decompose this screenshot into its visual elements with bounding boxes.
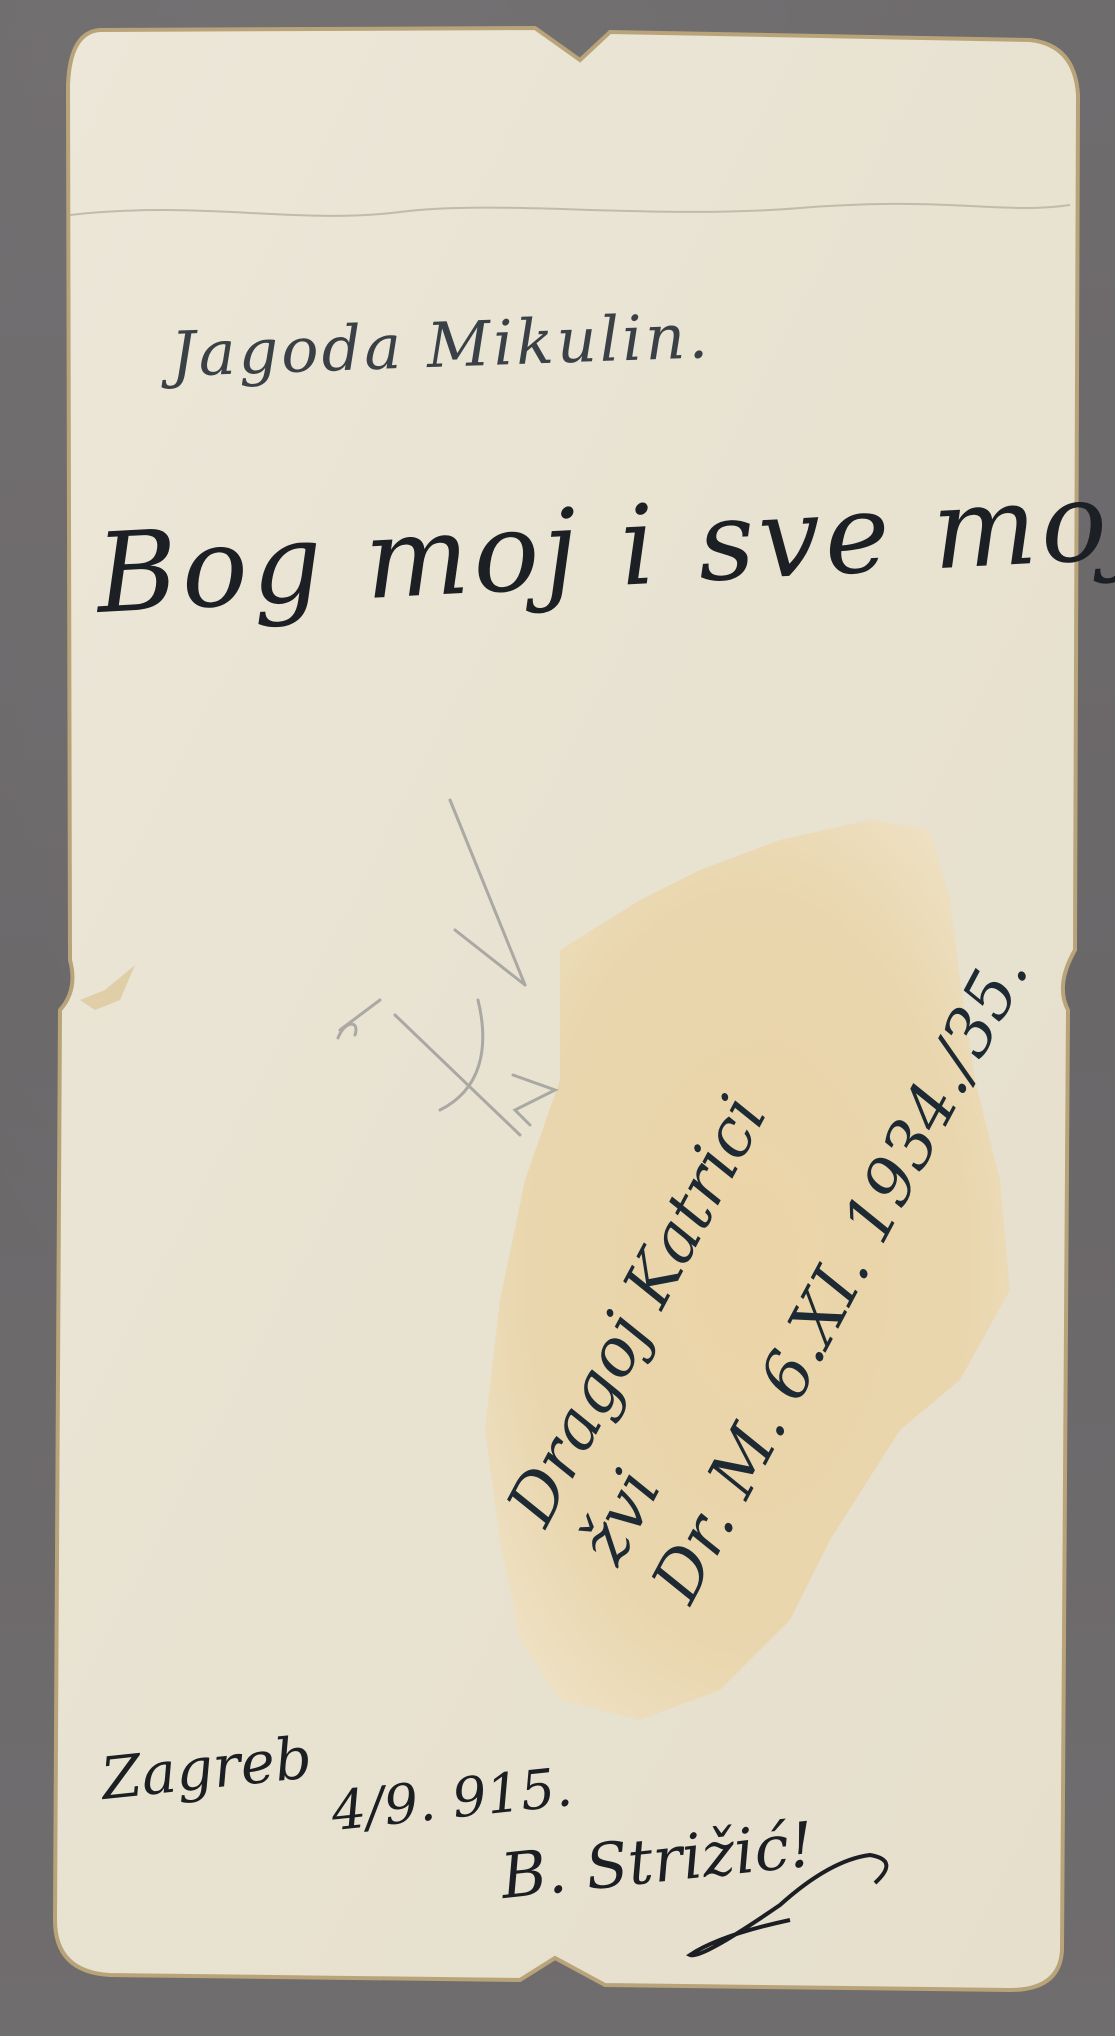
card: Jagoda Mikulin. Bog moj i sve moje! Drag… xyxy=(0,0,1115,2036)
